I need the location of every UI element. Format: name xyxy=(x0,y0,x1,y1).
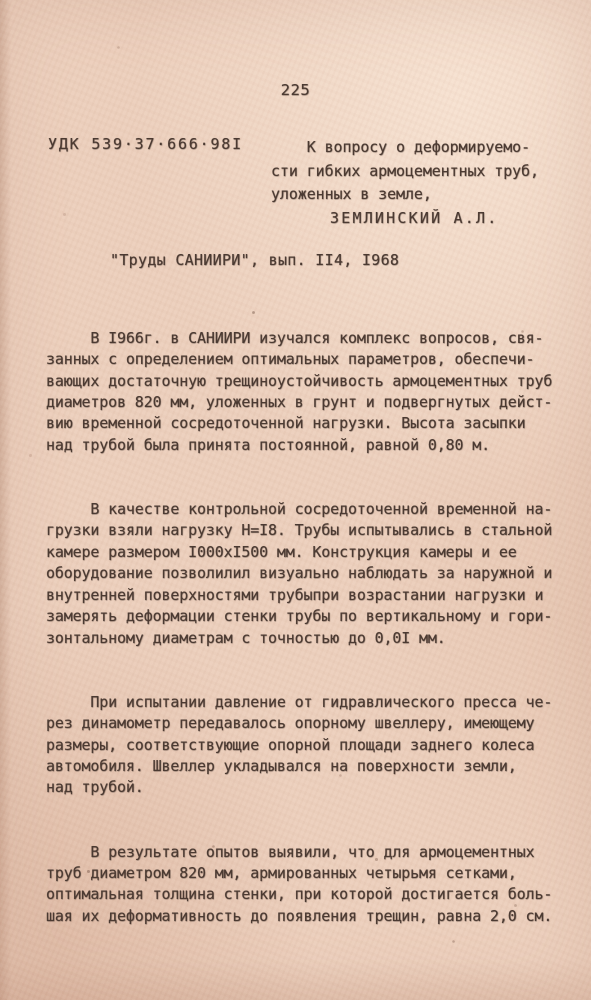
body-paragraph-3: При испытании давление от гидравлическог… xyxy=(46,692,581,799)
scanned-paper-page: 225 УДК 539·37·666·98I К вопросу о дефор… xyxy=(0,0,591,1000)
udc-code: УДК 539·37·666·98I xyxy=(48,135,243,153)
paper-specks xyxy=(0,0,1,1)
author-name: ЗЕМЛИНСКИЙ А.Л. xyxy=(330,209,498,227)
body-paragraph-4: В результате опытов выявили, что для арм… xyxy=(46,842,581,928)
page-number: 225 xyxy=(0,81,591,99)
body-paragraph-2: В качестве контрольной сосредоточенной в… xyxy=(46,499,581,649)
journal-reference: "Труды САНИИРИ", вып. II4, I968 xyxy=(110,251,399,269)
article-title: К вопросу о деформируемо- сти гибких арм… xyxy=(271,136,571,207)
article-body: В I966г. в САНИИРИ изучался комплекс воп… xyxy=(46,285,581,970)
body-paragraph-1: В I966г. в САНИИРИ изучался комплекс воп… xyxy=(46,328,581,456)
